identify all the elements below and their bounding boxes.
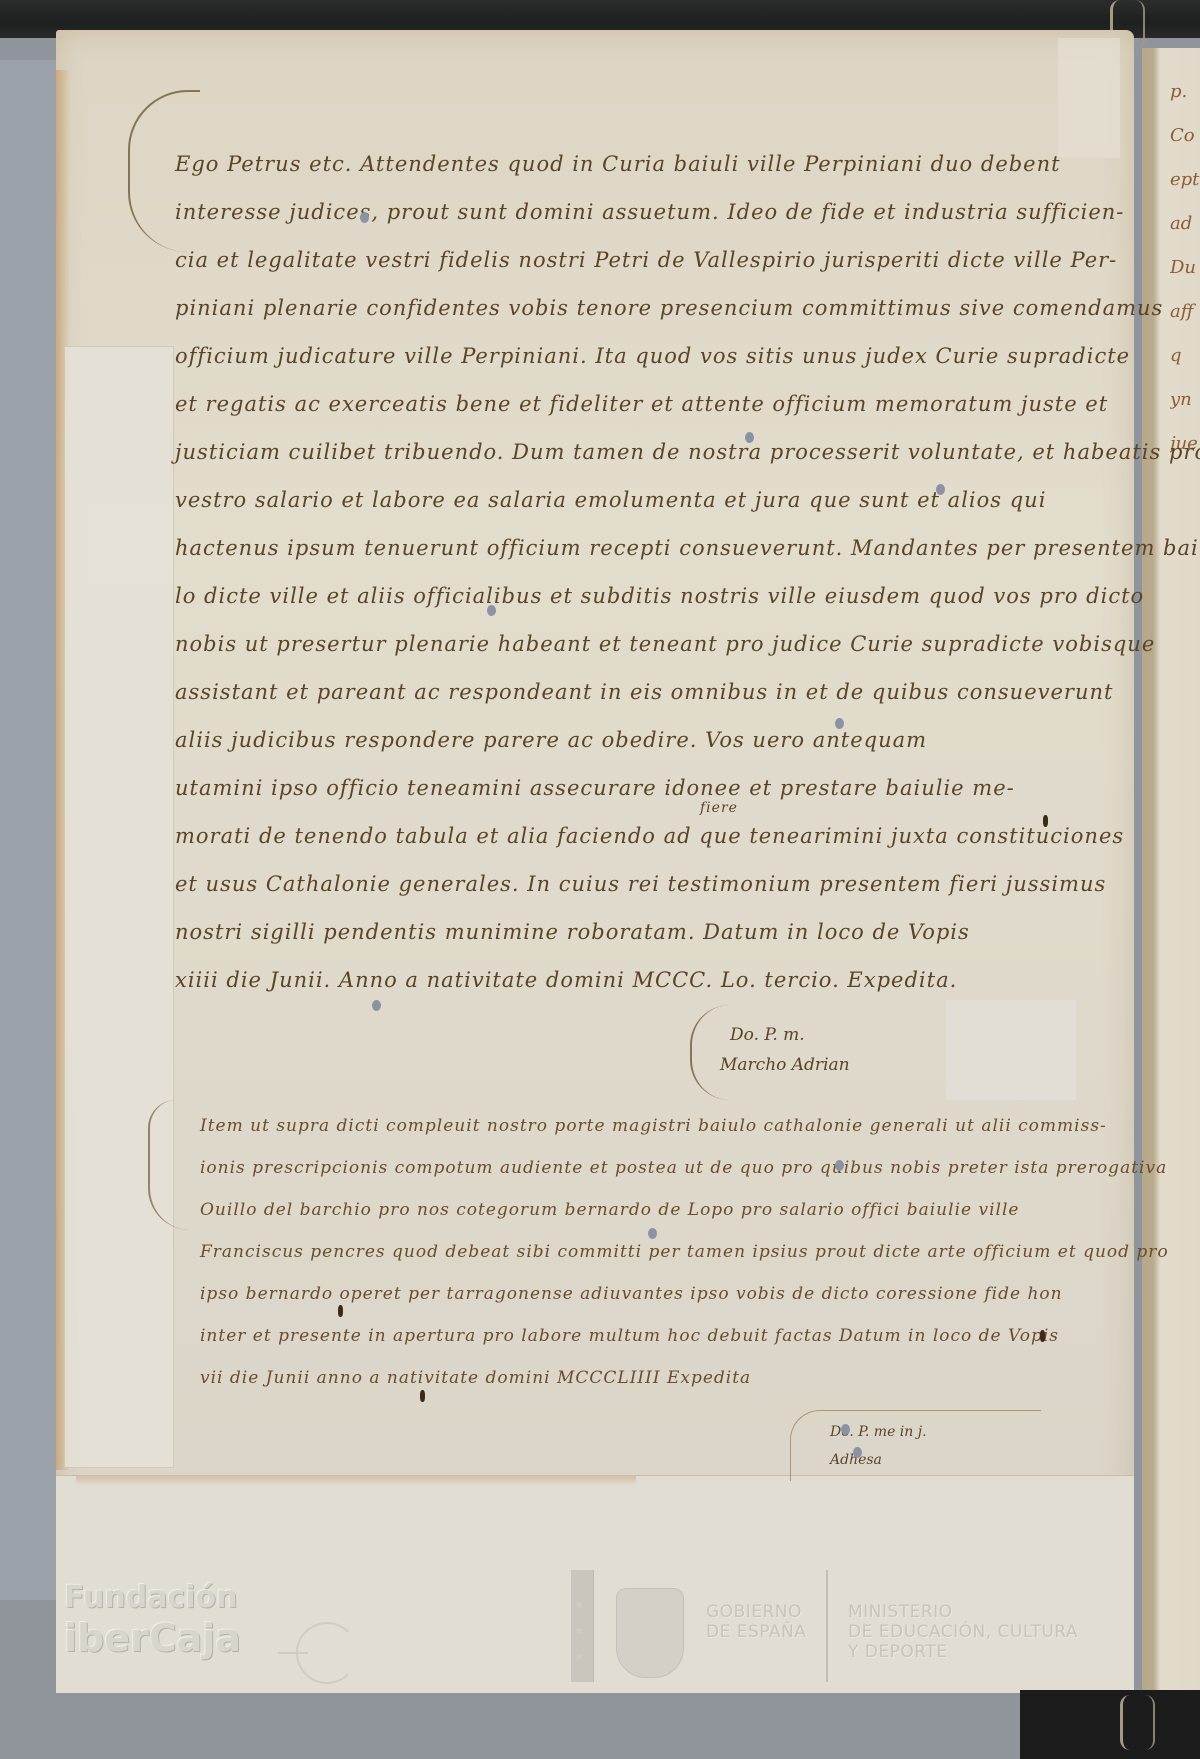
ink-blot	[1043, 815, 1048, 827]
adjacent-fragment: q	[1170, 334, 1200, 378]
ministry-logo-text: MINISTERIO DE EDUCACIÓN, CULTURA Y DEPOR…	[848, 1602, 1078, 1662]
paper-repair-left	[64, 346, 174, 1468]
pinhole-mark	[841, 1424, 850, 1435]
text-line: Ouillo del barchio pro nos cotegorum ber…	[200, 1189, 1090, 1231]
text-line: nostri sigilli pendentis munimine robora…	[175, 908, 1075, 956]
watermark-footer: Fundación iberCaja ★ ★ ★ GOBIERNO DE ESP…	[56, 1580, 1134, 1690]
coat-of-arms-icon	[616, 1588, 684, 1678]
adjacent-fragment: ad	[1170, 202, 1200, 246]
text-line: aliis judicibus respondere parere ac obe…	[175, 716, 1075, 764]
adjacent-fragment: yn	[1170, 378, 1200, 422]
pinhole-mark	[360, 212, 369, 223]
text-line: inter et presente in apertura pro labore…	[200, 1315, 1090, 1357]
ibercaja-symbol-icon	[296, 1622, 358, 1684]
pinhole-mark	[745, 432, 754, 443]
binding-cord-bottom	[1120, 1695, 1155, 1750]
text-line: interesse judices, prout sunt domini ass…	[175, 188, 1075, 236]
superscript-annotation: fiere	[700, 800, 738, 816]
repair-stain	[76, 1476, 636, 1486]
star-icon: ★	[575, 1626, 584, 1637]
fundacion-ibercaja-logo: Fundación iberCaja	[64, 1580, 241, 1660]
pinhole-mark	[853, 1447, 862, 1458]
text-line: xiiii die Junii. Anno a nativitate domin…	[175, 956, 1075, 1004]
book-binding-bottom-right	[1020, 1690, 1200, 1759]
text-line: et regatis ac exerceatis bene et fidelit…	[175, 380, 1075, 428]
text-line: officium judicature ville Perpiniani. It…	[175, 332, 1075, 380]
adjacent-page-text: p. Co ept ad Du aff q yn jue	[1170, 70, 1200, 466]
ink-blot	[420, 1390, 425, 1402]
signature-line: Marcho Adrian	[700, 1050, 850, 1080]
logo-text: Y DEPORTE	[848, 1642, 1078, 1662]
logo-divider	[826, 1570, 828, 1682]
logo-text: DE EDUCACIÓN, CULTURA	[848, 1622, 1078, 1642]
signature-block-1: Do. P. m. Marcho Adrian	[700, 1020, 850, 1080]
text-line: morati de tenendo tabula et alia faciend…	[175, 812, 1075, 860]
paper-repair-middle-right	[946, 1000, 1076, 1100]
text-line: ipso bernardo operet per tarragonense ad…	[200, 1273, 1090, 1315]
pinhole-mark	[372, 1000, 381, 1011]
pinhole-mark	[487, 605, 496, 616]
text-line: justiciam cuilibet tribuendo. Dum tamen …	[175, 428, 1075, 476]
adjacent-fragment: Co	[1170, 114, 1200, 158]
logo-text: iberCaja	[64, 1616, 241, 1660]
lower-text-block: Item ut supra dicti compleuit nostro por…	[200, 1105, 1090, 1399]
ink-blot	[338, 1305, 343, 1317]
text-line: hactenus ipsum tenuerunt officium recept…	[175, 524, 1075, 572]
government-logo-text: GOBIERNO DE ESPAÑA	[706, 1602, 806, 1642]
logo-text: DE ESPAÑA	[706, 1622, 806, 1642]
ink-blot	[1040, 1330, 1045, 1342]
scan-background-strip	[0, 60, 58, 1600]
logo-text: MINISTERIO	[848, 1602, 1078, 1622]
pinhole-mark	[835, 718, 844, 729]
pinhole-mark	[648, 1228, 657, 1239]
star-icon: ★	[575, 1600, 584, 1611]
text-line: utamini ipso officio teneamini assecurar…	[175, 764, 1075, 812]
signature-line: Adhesa	[830, 1446, 927, 1474]
signature-line: Do. P. m.	[700, 1020, 850, 1050]
lower-flourish-decoration	[148, 1100, 190, 1230]
adjacent-fragment: p.	[1170, 70, 1200, 114]
text-line: vii die Junii anno a nativitate domini M…	[200, 1357, 1090, 1399]
text-line: nobis ut presertur plenarie habeant et t…	[175, 620, 1075, 668]
adjacent-fragment: aff	[1170, 290, 1200, 334]
text-line: ionis prescripcionis compotum audiente e…	[200, 1147, 1090, 1189]
text-line: assistant et pareant ac respondeant in e…	[175, 668, 1075, 716]
text-line: Ego Petrus etc. Attendentes quod in Curi…	[175, 140, 1075, 188]
pinhole-mark	[936, 484, 945, 495]
text-line: lo dicte ville et aliis officialibus et …	[175, 572, 1075, 620]
text-line: Item ut supra dicti compleuit nostro por…	[200, 1105, 1090, 1147]
pinhole-mark	[835, 1160, 844, 1171]
text-line: et usus Cathalonie generales. In cuius r…	[175, 860, 1075, 908]
text-line: cia et legalitate vestri fidelis nostri …	[175, 236, 1075, 284]
adjacent-fragment: ept	[1170, 158, 1200, 202]
adjacent-fragment: Du	[1170, 246, 1200, 290]
logo-text: Fundación	[64, 1580, 241, 1616]
text-line: piniani plenarie confidentes vobis tenor…	[175, 284, 1075, 332]
star-icon: ★	[575, 1652, 584, 1663]
logo-text: GOBIERNO	[706, 1602, 806, 1622]
main-text-block: Ego Petrus etc. Attendentes quod in Curi…	[175, 140, 1075, 1004]
text-line: Franciscus pencres quod debeat sibi comm…	[200, 1231, 1090, 1273]
